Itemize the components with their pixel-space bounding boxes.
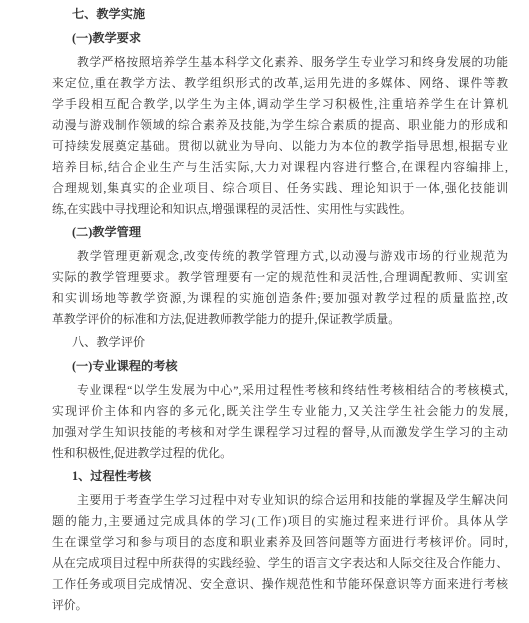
doc-heading: 1、过程性考核: [52, 466, 508, 487]
text-line: 教学管理更新观念,改变传统的教学管理方式,以动漫与游戏市场的行业规范为: [52, 246, 508, 267]
text-line: 从在完成项目过程中所获得的实践经验、学生的语言文字表达和人际交往及合作能力、: [52, 553, 508, 574]
text-line: 加强对学生知识技能的考核和对学生课程学习过程的督导,从而激发学生学习的主动: [52, 422, 508, 443]
text-line: 实现评价主体和内容的多元化,既关注学生专业能力,又关注学生社会能力的发展,: [52, 401, 508, 422]
text-line: 生在课堂学习和参与项目的态度和职业素养及回答问题等方面进行考核评价。同时,: [52, 532, 508, 553]
text-line: 培养目标,结合企业生产与生活实际,大力对课程内容进行整合,在课程内容编排上,: [52, 157, 508, 178]
document-page: 七、教学实施(一)教学要求教学严格按照培养学生基本科学文化素养、服务学生专业学习…: [0, 0, 529, 623]
text-line: 学手段相互配合教学,以学生为主体,调动学生学习积极性,注重培养学生在计算机: [52, 94, 508, 115]
text-line: 评价。: [52, 595, 508, 616]
text-line: 来定位,重在教学方法、教学组织形式的改革,运用先进的多媒体、网络、课件等教: [52, 73, 508, 94]
text-line: 题的能力,主要通过完成具体的学习(工作)项目的实施过程来进行评价。具体从学: [52, 511, 508, 532]
doc-paragraph: 专业课程“以学生发展为中心”,采用过程性考核和终结性考核相结合的考核模式,实现评…: [52, 380, 508, 464]
text-line: 革教学评价的标准和方法,促进教师教学能力的提升,保证教学质量。: [52, 309, 508, 330]
doc-paragraph: 教学严格按照培养学生基本科学文化素养、服务学生专业学习和终身发展的功能来定位,重…: [52, 52, 508, 220]
text-line: 实际的教学管理要求。教学管理要有一定的规范性和灵活性,合理调配教师、实训室: [52, 267, 508, 288]
text-line: 专业课程“以学生发展为中心”,采用过程性考核和终结性考核相结合的考核模式,: [52, 380, 508, 401]
doc-heading: 八、教学评价: [52, 332, 508, 353]
text-line: 教学严格按照培养学生基本科学文化素养、服务学生专业学习和终身发展的功能: [52, 52, 508, 73]
text-line: 合理规划,集真实的企业项目、综合项目、任务实践、理论知识于一体,强化技能训: [52, 178, 508, 199]
text-line: 工作任务或项目完成情况、安全意识、操作规范性和节能环保意识等方面来进行考核: [52, 574, 508, 595]
doc-heading: (一)教学要求: [52, 28, 508, 49]
text-line: 性和积极性,促进教学过程的优化。: [52, 443, 508, 464]
doc-paragraph: 教学管理更新观念,改变传统的教学管理方式,以动漫与游戏市场的行业规范为实际的教学…: [52, 246, 508, 330]
text-line: 可持续发展奠定基础。贯彻以就业为导向、以能力为本位的教学指导思想,根据专业: [52, 136, 508, 157]
text-line: 动漫与游戏制作领域的综合素养及技能,为学生综合素质的提高、职业能力的形成和: [52, 115, 508, 136]
doc-heading: (一)专业课程的考核: [52, 356, 508, 377]
doc-heading: 七、教学实施: [52, 4, 508, 25]
text-line: 主要用于考查学生学习过程中对专业知识的综合运用和技能的掌握及学生解决问: [52, 490, 508, 511]
doc-heading: (二)教学管理: [52, 222, 508, 243]
document-content: 七、教学实施(一)教学要求教学严格按照培养学生基本科学文化素养、服务学生专业学习…: [52, 2, 508, 616]
text-line: 和实训场地等教学资源,为课程的实施创造条件;要加强对教学过程的质量监控,改: [52, 288, 508, 309]
text-line: 练,在实践中寻找理论和知识点,增强课程的灵活性、实用性与实践性。: [52, 199, 508, 220]
doc-paragraph: 主要用于考查学生学习过程中对专业知识的综合运用和技能的掌握及学生解决问题的能力,…: [52, 490, 508, 616]
